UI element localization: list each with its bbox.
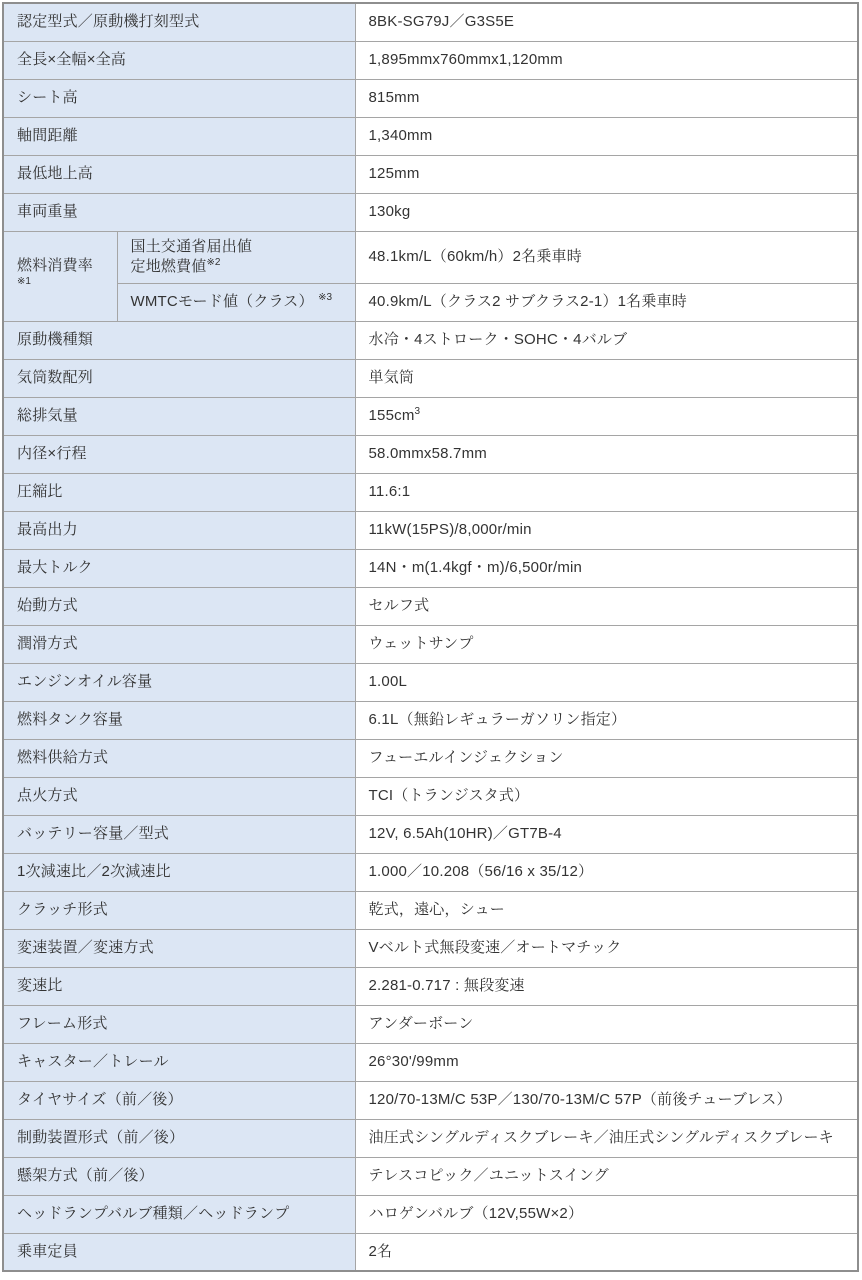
spec-label-cell: バッテリー容量／型式 bbox=[3, 815, 355, 853]
spec-value-cell: ハロゲンバルブ（12V,55W×2） bbox=[355, 1195, 858, 1233]
spec-group-label-cell: 燃料消費率※1 bbox=[3, 231, 117, 321]
spec-sublabel-cell: WMTCモード値（クラス） ※3 bbox=[117, 283, 355, 321]
spec-value-cell: 130kg bbox=[355, 193, 858, 231]
spec-label-cell: クラッチ形式 bbox=[3, 891, 355, 929]
spec-value-cell: 単気筒 bbox=[355, 359, 858, 397]
spec-label-cell: タイヤサイズ（前／後） bbox=[3, 1081, 355, 1119]
spec-row: 最高出力11kW(15PS)/8,000r/min bbox=[3, 511, 858, 549]
spec-value-cell: 6.1L（無鉛レギュラーガソリン指定） bbox=[355, 701, 858, 739]
spec-row: 最低地上高125mm bbox=[3, 155, 858, 193]
spec-row: フレーム形式アンダーボーン bbox=[3, 1005, 858, 1043]
spec-value-cell: 14N・m(1.4kgf・m)/6,500r/min bbox=[355, 549, 858, 587]
spec-label-cell: 燃料供給方式 bbox=[3, 739, 355, 777]
spec-label-cell: 制動装置形式（前／後） bbox=[3, 1119, 355, 1157]
spec-sublabel-cell: 国土交通省届出値定地燃費値※2 bbox=[117, 231, 355, 283]
spec-row: クラッチ形式乾式，遠心，シュー bbox=[3, 891, 858, 929]
spec-value-cell: 815mm bbox=[355, 79, 858, 117]
spec-label-cell: フレーム形式 bbox=[3, 1005, 355, 1043]
spec-value-cell: 58.0mmx58.7mm bbox=[355, 435, 858, 473]
spec-label-cell: 乗車定員 bbox=[3, 1233, 355, 1271]
spec-value-cell: 1,340mm bbox=[355, 117, 858, 155]
spec-label-cell: 変速装置／変速方式 bbox=[3, 929, 355, 967]
spec-label-cell: シート高 bbox=[3, 79, 355, 117]
spec-value-cell: 1.000／10.208（56/16 x 35/12） bbox=[355, 853, 858, 891]
spec-row: 軸間距離1,340mm bbox=[3, 117, 858, 155]
spec-value-cell: 155cm3 bbox=[355, 397, 858, 435]
spec-table-body: 認定型式／原動機打刻型式8BK-SG79J／G3S5E全長×全幅×全高1,895… bbox=[3, 3, 858, 1271]
spec-row: 1次減速比／2次減速比1.000／10.208（56/16 x 35/12） bbox=[3, 853, 858, 891]
spec-label-cell: 総排気量 bbox=[3, 397, 355, 435]
spec-label-cell: 最高出力 bbox=[3, 511, 355, 549]
spec-label-cell: 燃料タンク容量 bbox=[3, 701, 355, 739]
spec-row: 車両重量130kg bbox=[3, 193, 858, 231]
spec-row: 全長×全幅×全高1,895mmx760mmx1,120mm bbox=[3, 41, 858, 79]
spec-row: 最大トルク14N・m(1.4kgf・m)/6,500r/min bbox=[3, 549, 858, 587]
spec-value-cell: 40.9km/L（クラス2 サブクラス2-1）1名乗車時 bbox=[355, 283, 858, 321]
spec-value-cell: 水冷・4ストローク・SOHC・4バルブ bbox=[355, 321, 858, 359]
spec-label-cell: 圧縮比 bbox=[3, 473, 355, 511]
spec-label-cell: 最大トルク bbox=[3, 549, 355, 587]
spec-label-cell: 車両重量 bbox=[3, 193, 355, 231]
spec-label-cell: 1次減速比／2次減速比 bbox=[3, 853, 355, 891]
spec-row: 総排気量155cm3 bbox=[3, 397, 858, 435]
spec-value-cell: 8BK-SG79J／G3S5E bbox=[355, 3, 858, 41]
spec-row: 懸架方式（前／後）テレスコピック／ユニットスイング bbox=[3, 1157, 858, 1195]
spec-value-cell: 11kW(15PS)/8,000r/min bbox=[355, 511, 858, 549]
spec-value-cell: 乾式，遠心，シュー bbox=[355, 891, 858, 929]
spec-label-cell: 内径×行程 bbox=[3, 435, 355, 473]
spec-label-cell: ヘッドランプバルブ種類／ヘッドランプ bbox=[3, 1195, 355, 1233]
spec-label-cell: エンジンオイル容量 bbox=[3, 663, 355, 701]
spec-row: キャスター／トレール26°30'/99mm bbox=[3, 1043, 858, 1081]
spec-value-cell: 2名 bbox=[355, 1233, 858, 1271]
spec-value-cell: 26°30'/99mm bbox=[355, 1043, 858, 1081]
spec-row: バッテリー容量／型式12V, 6.5Ah(10HR)／GT7B-4 bbox=[3, 815, 858, 853]
spec-row: 燃料消費率※1国土交通省届出値定地燃費値※248.1km/L（60km/h）2名… bbox=[3, 231, 858, 283]
spec-row: 潤滑方式ウェットサンプ bbox=[3, 625, 858, 663]
spec-row: 気筒数配列単気筒 bbox=[3, 359, 858, 397]
spec-row: 乗車定員2名 bbox=[3, 1233, 858, 1271]
spec-value-cell: Vベルト式無段変速／オートマチック bbox=[355, 929, 858, 967]
spec-value-cell: 1.00L bbox=[355, 663, 858, 701]
spec-value-cell: テレスコピック／ユニットスイング bbox=[355, 1157, 858, 1195]
spec-label-cell: 懸架方式（前／後） bbox=[3, 1157, 355, 1195]
spec-row: 認定型式／原動機打刻型式8BK-SG79J／G3S5E bbox=[3, 3, 858, 41]
spec-value-cell: 120/70-13M/C 53P／130/70-13M/C 57P（前後チューブ… bbox=[355, 1081, 858, 1119]
spec-label-cell: 気筒数配列 bbox=[3, 359, 355, 397]
spec-row: 内径×行程58.0mmx58.7mm bbox=[3, 435, 858, 473]
spec-row: ヘッドランプバルブ種類／ヘッドランプハロゲンバルブ（12V,55W×2） bbox=[3, 1195, 858, 1233]
spec-label-cell: 点火方式 bbox=[3, 777, 355, 815]
spec-label-cell: 全長×全幅×全高 bbox=[3, 41, 355, 79]
spec-row: 点火方式TCI（トランジスタ式） bbox=[3, 777, 858, 815]
spec-row: 燃料供給方式フューエルインジェクション bbox=[3, 739, 858, 777]
spec-value-cell: 11.6:1 bbox=[355, 473, 858, 511]
spec-label-cell: キャスター／トレール bbox=[3, 1043, 355, 1081]
spec-label-cell: 変速比 bbox=[3, 967, 355, 1005]
spec-row: 圧縮比11.6:1 bbox=[3, 473, 858, 511]
spec-label-cell: 軸間距離 bbox=[3, 117, 355, 155]
spec-row: 燃料タンク容量6.1L（無鉛レギュラーガソリン指定） bbox=[3, 701, 858, 739]
spec-value-cell: アンダーボーン bbox=[355, 1005, 858, 1043]
spec-row: 変速装置／変速方式Vベルト式無段変速／オートマチック bbox=[3, 929, 858, 967]
spec-row: 原動機種類水冷・4ストローク・SOHC・4バルブ bbox=[3, 321, 858, 359]
spec-value-cell: 1,895mmx760mmx1,120mm bbox=[355, 41, 858, 79]
spec-row: 制動装置形式（前／後）油圧式シングルディスクブレーキ／油圧式シングルディスクブレ… bbox=[3, 1119, 858, 1157]
spec-value-cell: 125mm bbox=[355, 155, 858, 193]
spec-value-cell: 12V, 6.5Ah(10HR)／GT7B-4 bbox=[355, 815, 858, 853]
spec-value-cell: TCI（トランジスタ式） bbox=[355, 777, 858, 815]
spec-label-cell: 認定型式／原動機打刻型式 bbox=[3, 3, 355, 41]
spec-label-cell: 最低地上高 bbox=[3, 155, 355, 193]
spec-table: 認定型式／原動機打刻型式8BK-SG79J／G3S5E全長×全幅×全高1,895… bbox=[2, 2, 859, 1272]
spec-row: シート高815mm bbox=[3, 79, 858, 117]
spec-row: 変速比2.281-0.717 : 無段変速 bbox=[3, 967, 858, 1005]
spec-value-cell: フューエルインジェクション bbox=[355, 739, 858, 777]
spec-label-cell: 潤滑方式 bbox=[3, 625, 355, 663]
spec-row: 始動方式セルフ式 bbox=[3, 587, 858, 625]
spec-value-cell: セルフ式 bbox=[355, 587, 858, 625]
spec-label-cell: 原動機種類 bbox=[3, 321, 355, 359]
spec-row: エンジンオイル容量1.00L bbox=[3, 663, 858, 701]
spec-value-cell: 2.281-0.717 : 無段変速 bbox=[355, 967, 858, 1005]
spec-value-cell: 48.1km/L（60km/h）2名乗車時 bbox=[355, 231, 858, 283]
spec-value-cell: ウェットサンプ bbox=[355, 625, 858, 663]
spec-value-cell: 油圧式シングルディスクブレーキ／油圧式シングルディスクブレーキ bbox=[355, 1119, 858, 1157]
spec-label-cell: 始動方式 bbox=[3, 587, 355, 625]
spec-row: タイヤサイズ（前／後）120/70-13M/C 53P／130/70-13M/C… bbox=[3, 1081, 858, 1119]
spec-row: WMTCモード値（クラス） ※340.9km/L（クラス2 サブクラス2-1）1… bbox=[3, 283, 858, 321]
